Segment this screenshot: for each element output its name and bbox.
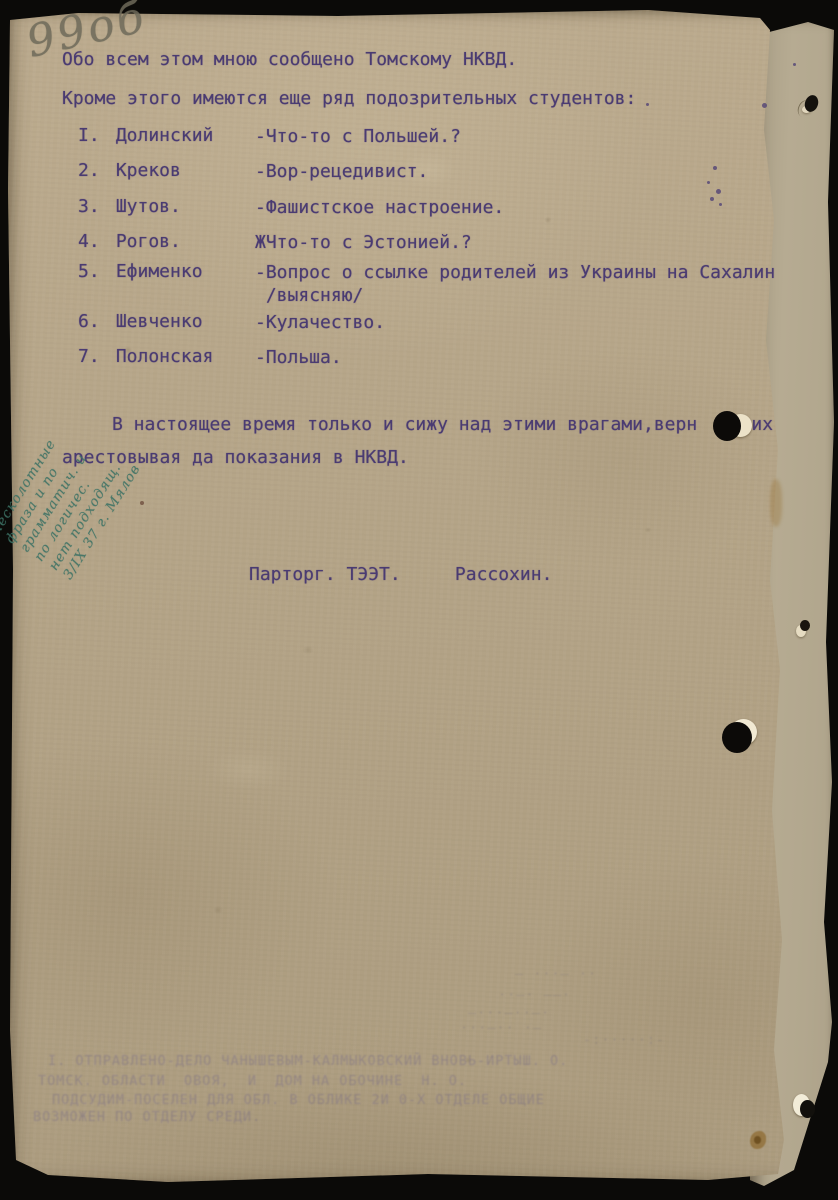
- bleed-through-line: ТОМСК. ОБЛАСТИ ОВОЯ, И ДОМ НА ОБОЧИНЕ Н.…: [38, 1073, 467, 1089]
- ink-speck: [713, 166, 717, 170]
- ink-speck: [719, 203, 722, 206]
- suspect-name: Шутов.: [105, 196, 181, 217]
- suspect-note: -Польша.: [255, 346, 795, 369]
- suspect-row: 6. Шевченко-Кулачество.: [78, 311, 794, 333]
- suspect-row: 5. Ефименко-Вопрос о ссылке родителей из…: [78, 261, 794, 283]
- suspect-name: Рогов.: [105, 231, 181, 252]
- suspect-row: 4. Рогов.ЖЧто-то с Эстонией.?: [78, 231, 794, 253]
- bleed-through-line: -:·····:-: [583, 1032, 665, 1048]
- suspect-number: 6.: [78, 311, 105, 333]
- suspect-name: Долинский: [105, 125, 213, 146]
- suspect-number: 5.: [78, 261, 105, 283]
- document-content: 99об Обо всем этом мною сообщено Томском…: [0, 0, 838, 1200]
- suspect-note: -Что-то с Польшей.?: [255, 125, 795, 148]
- suspect-note: -Вор-рецедивист.: [255, 160, 795, 183]
- suspect-note: -Фашистское настроение.: [255, 196, 795, 219]
- ink-speck: [762, 103, 767, 108]
- ink-speck: [710, 197, 714, 201]
- suspect-note: -Кулачество.: [255, 311, 795, 334]
- paper-stain: [770, 479, 782, 527]
- suspect-name: Креков: [105, 160, 181, 181]
- ink-speck: [707, 181, 710, 184]
- ink-speck: [793, 63, 796, 66]
- suspect-row: 2. Креков-Вор-рецедивист.: [78, 160, 794, 182]
- suspect-row: 3. Шутов.-Фашистское настроение.: [78, 196, 794, 218]
- closing-line-1: В настоящее время только и сижу над этим…: [112, 414, 773, 436]
- bleed-through-line: ВОЗМОЖЕН ПО ОТДЕЛУ СРЕДИ.: [33, 1109, 261, 1125]
- tear-hole: [800, 1100, 815, 1118]
- tear-hole: [800, 620, 810, 631]
- suspect-note: -Вопрос о ссылке родителей из Украины на…: [255, 261, 795, 307]
- suspect-row: І. Долинский-Что-то с Польшей.?: [78, 125, 794, 147]
- ink-speck: [646, 103, 649, 106]
- scanned-document: 99об Обо всем этом мною сообщено Томском…: [0, 0, 838, 1200]
- bleed-through-line: ··—· ——·: [498, 987, 571, 1003]
- ink-speck: [140, 501, 144, 505]
- punch-hole: [713, 411, 741, 441]
- suspect-list: І. Долинский-Что-то с Польшей.?2. Креков…: [0, 0, 838, 1200]
- signature-line: Парторг. ТЭЭТ. Рассохин.: [249, 564, 552, 586]
- bleed-through-line: —···—··—·: [468, 1005, 550, 1021]
- suspect-number: 3.: [78, 196, 105, 218]
- suspect-note: ЖЧто-то с Эстонией.?: [255, 231, 795, 254]
- suspect-number: 2.: [78, 160, 105, 182]
- bleed-through-line: — ···— ··: [515, 966, 597, 982]
- bleed-through-line: ПОДСУДИМ-ПОСЕЛЕН ДЛЯ ОБЛ. В ОБЛИКЕ 2И 0-…: [52, 1092, 545, 1108]
- bleed-through-line: ···—·· ·—: [460, 1020, 542, 1036]
- punch-hole: [722, 722, 752, 753]
- suspect-name: Ефименко: [105, 261, 203, 282]
- suspect-number: 4.: [78, 231, 105, 253]
- suspect-number: І.: [78, 125, 105, 147]
- ink-speck: [716, 189, 721, 194]
- bleed-through-line: І. ОТПРАВЛЕНО-ДЕЛО ЧАНЫШЕВЫМ-КАЛМЫКОВСКИ…: [48, 1053, 568, 1069]
